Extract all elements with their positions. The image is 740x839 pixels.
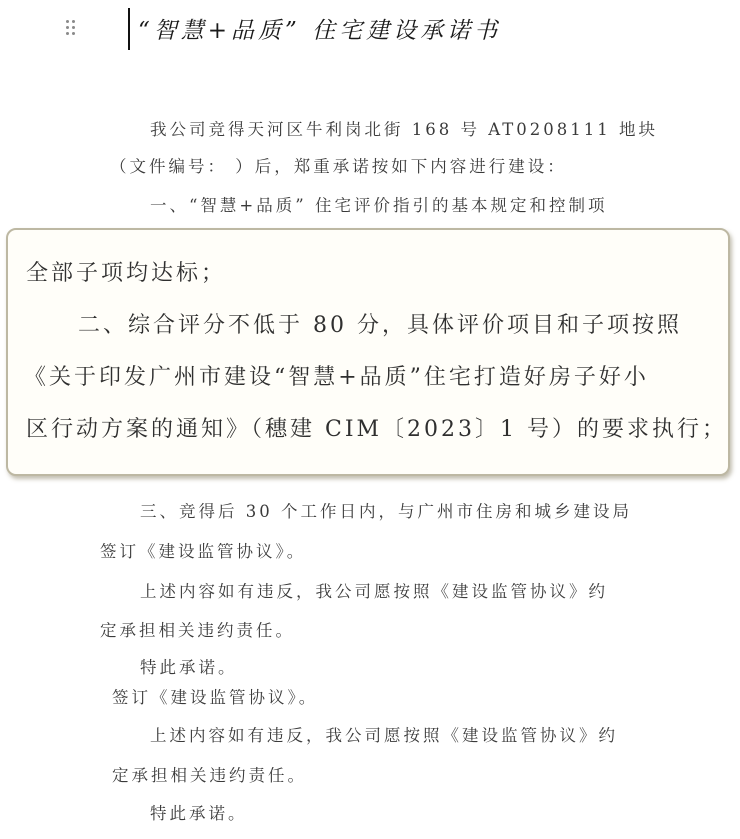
document-title: “智慧+品质” 住宅建设承诺书 [138,12,501,45]
breach-line-2: 定承担相关违约责任。 [100,617,295,641]
repeat-breach-line-2: 定承担相关违约责任。 [112,762,307,786]
callout-line-1: 全部子项均达标； [26,256,226,287]
highlight-callout: 全部子项均达标； 二、综合评分不低于 80 分，具体评价项目和子项按照 《关于印… [6,228,730,476]
callout-line-4: 区行动方案的通知》（穗建 CIM〔2023〕1 号）的要求执行； [26,412,727,443]
repeat-breach-line-1: 上述内容如有违反，我公司愿按照《建设监管协议》约 [150,722,618,746]
intro-line-1: 我公司竞得天河区牛利岗北街 168 号 AT0208111 地块 [150,116,658,140]
document-header: “智慧+品质” 住宅建设承诺书 [0,0,740,60]
clause-3-line-1: 三、竞得后 30 个工作日内，与广州市住房和城乡建设局 [140,498,632,522]
repeat-closing-line: 特此承诺。 [150,800,248,824]
clause-3-line-2: 签订《建设监管协议》。 [100,538,306,562]
drag-handle-icon[interactable] [66,20,76,38]
callout-line-2: 二、综合评分不低于 80 分，具体评价项目和子项按照 [78,308,682,339]
intro-line-2: （文件编号： ）后，郑重承诺按如下内容进行建设： [110,153,567,177]
title-accent-bar [128,8,130,50]
intro-line-3: 一、“智慧+品质” 住宅评价指引的基本规定和控制项 [150,192,607,216]
callout-line-3: 《关于印发广州市建设“智慧+品质”住宅打造好房子好小 [24,360,649,391]
breach-line-1: 上述内容如有违反，我公司愿按照《建设监管协议》约 [140,578,608,602]
closing-line: 特此承诺。 [140,654,238,678]
repeat-clause-line: 签订《建设监管协议》。 [112,684,318,708]
